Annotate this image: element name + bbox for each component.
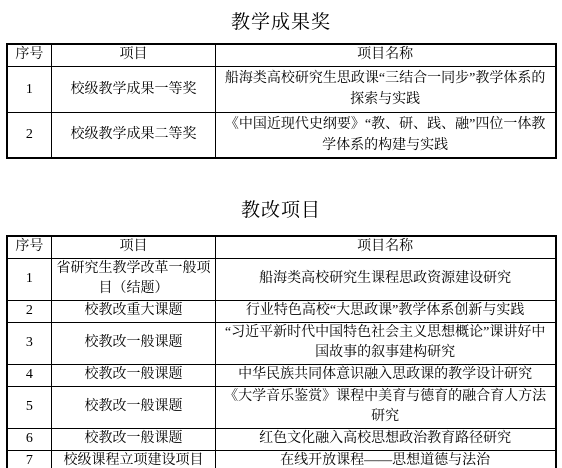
cell-seq: 2: [7, 300, 52, 322]
table-row: 3 校教改一般课题 “习近平新时代中国特色社会主义思想概论”课讲好中国故事的叙事…: [7, 322, 556, 364]
cell-seq: 6: [7, 428, 52, 450]
cell-project: 校级教学成果一等奖: [52, 66, 216, 112]
awards-section-title: 教学成果奖: [0, 0, 562, 43]
document-page: 教学成果奖 序号 项目 项目名称 1 校级教学成果一等奖 船海类高校研究生思政课…: [0, 0, 562, 468]
cell-project: 校教改一般课题: [52, 322, 216, 364]
reform-header-seq: 序号: [7, 236, 52, 258]
reform-section-title: 教改项目: [0, 159, 562, 235]
table-row: 5 校教改一般课题 《大学音乐鉴赏》课程中美育与德育的融合育人方法研究: [7, 386, 556, 428]
cell-name: 船海类高校研究生思政课“三结合一同步”教学体系的探索与实践: [215, 66, 555, 112]
table-row: 4 校教改一般课题 中华民族共同体意识融入思政课的教学设计研究: [7, 364, 556, 386]
cell-name: 在线开放课程——思想道德与法治: [215, 450, 555, 468]
cell-project: 校级教学成果二等奖: [52, 112, 216, 158]
cell-seq: 3: [7, 322, 52, 364]
cell-seq: 4: [7, 364, 52, 386]
cell-project: 校级课程立项建设项目: [52, 450, 216, 468]
cell-project: 省研究生教学改革一般项目（结题）: [52, 258, 216, 300]
reform-header-row: 序号 项目 项目名称: [7, 236, 556, 258]
cell-name: 中华民族共同体意识融入思政课的教学设计研究: [215, 364, 555, 386]
cell-name: 行业特色高校“大思政课”教学体系创新与实践: [215, 300, 555, 322]
cell-name: “习近平新时代中国特色社会主义思想概论”课讲好中国故事的叙事建构研究: [215, 322, 555, 364]
cell-project: 校教改重大课题: [52, 300, 216, 322]
cell-seq: 5: [7, 386, 52, 428]
awards-header-seq: 序号: [7, 44, 52, 66]
cell-seq: 7: [7, 450, 52, 468]
cell-project: 校教改一般课题: [52, 386, 216, 428]
cell-name: 《中国近现代史纲要》“教、研、践、融”四位一体教学体系的构建与实践: [215, 112, 555, 158]
awards-header-name: 项目名称: [215, 44, 555, 66]
cell-name: 船海类高校研究生课程思政资源建设研究: [215, 258, 555, 300]
table-row: 2 校级教学成果二等奖 《中国近现代史纲要》“教、研、践、融”四位一体教学体系的…: [7, 112, 556, 158]
cell-name: 红色文化融入高校思想政治教育路径研究: [215, 428, 555, 450]
cell-project: 校教改一般课题: [52, 428, 216, 450]
cell-project: 校教改一般课题: [52, 364, 216, 386]
table-row: 7 校级课程立项建设项目 在线开放课程——思想道德与法治: [7, 450, 556, 468]
table-row: 2 校教改重大课题 行业特色高校“大思政课”教学体系创新与实践: [7, 300, 556, 322]
reform-projects-table: 序号 项目 项目名称 1 省研究生教学改革一般项目（结题） 船海类高校研究生课程…: [6, 235, 557, 468]
awards-header-project: 项目: [52, 44, 216, 66]
cell-seq: 2: [7, 112, 52, 158]
reform-header-project: 项目: [52, 236, 216, 258]
awards-table: 序号 项目 项目名称 1 校级教学成果一等奖 船海类高校研究生思政课“三结合一同…: [6, 43, 557, 159]
table-row: 1 校级教学成果一等奖 船海类高校研究生思政课“三结合一同步”教学体系的探索与实…: [7, 66, 556, 112]
table-row: 6 校教改一般课题 红色文化融入高校思想政治教育路径研究: [7, 428, 556, 450]
table-row: 1 省研究生教学改革一般项目（结题） 船海类高校研究生课程思政资源建设研究: [7, 258, 556, 300]
cell-name: 《大学音乐鉴赏》课程中美育与德育的融合育人方法研究: [215, 386, 555, 428]
cell-seq: 1: [7, 66, 52, 112]
awards-header-row: 序号 项目 项目名称: [7, 44, 556, 66]
cell-seq: 1: [7, 258, 52, 300]
reform-header-name: 项目名称: [215, 236, 555, 258]
